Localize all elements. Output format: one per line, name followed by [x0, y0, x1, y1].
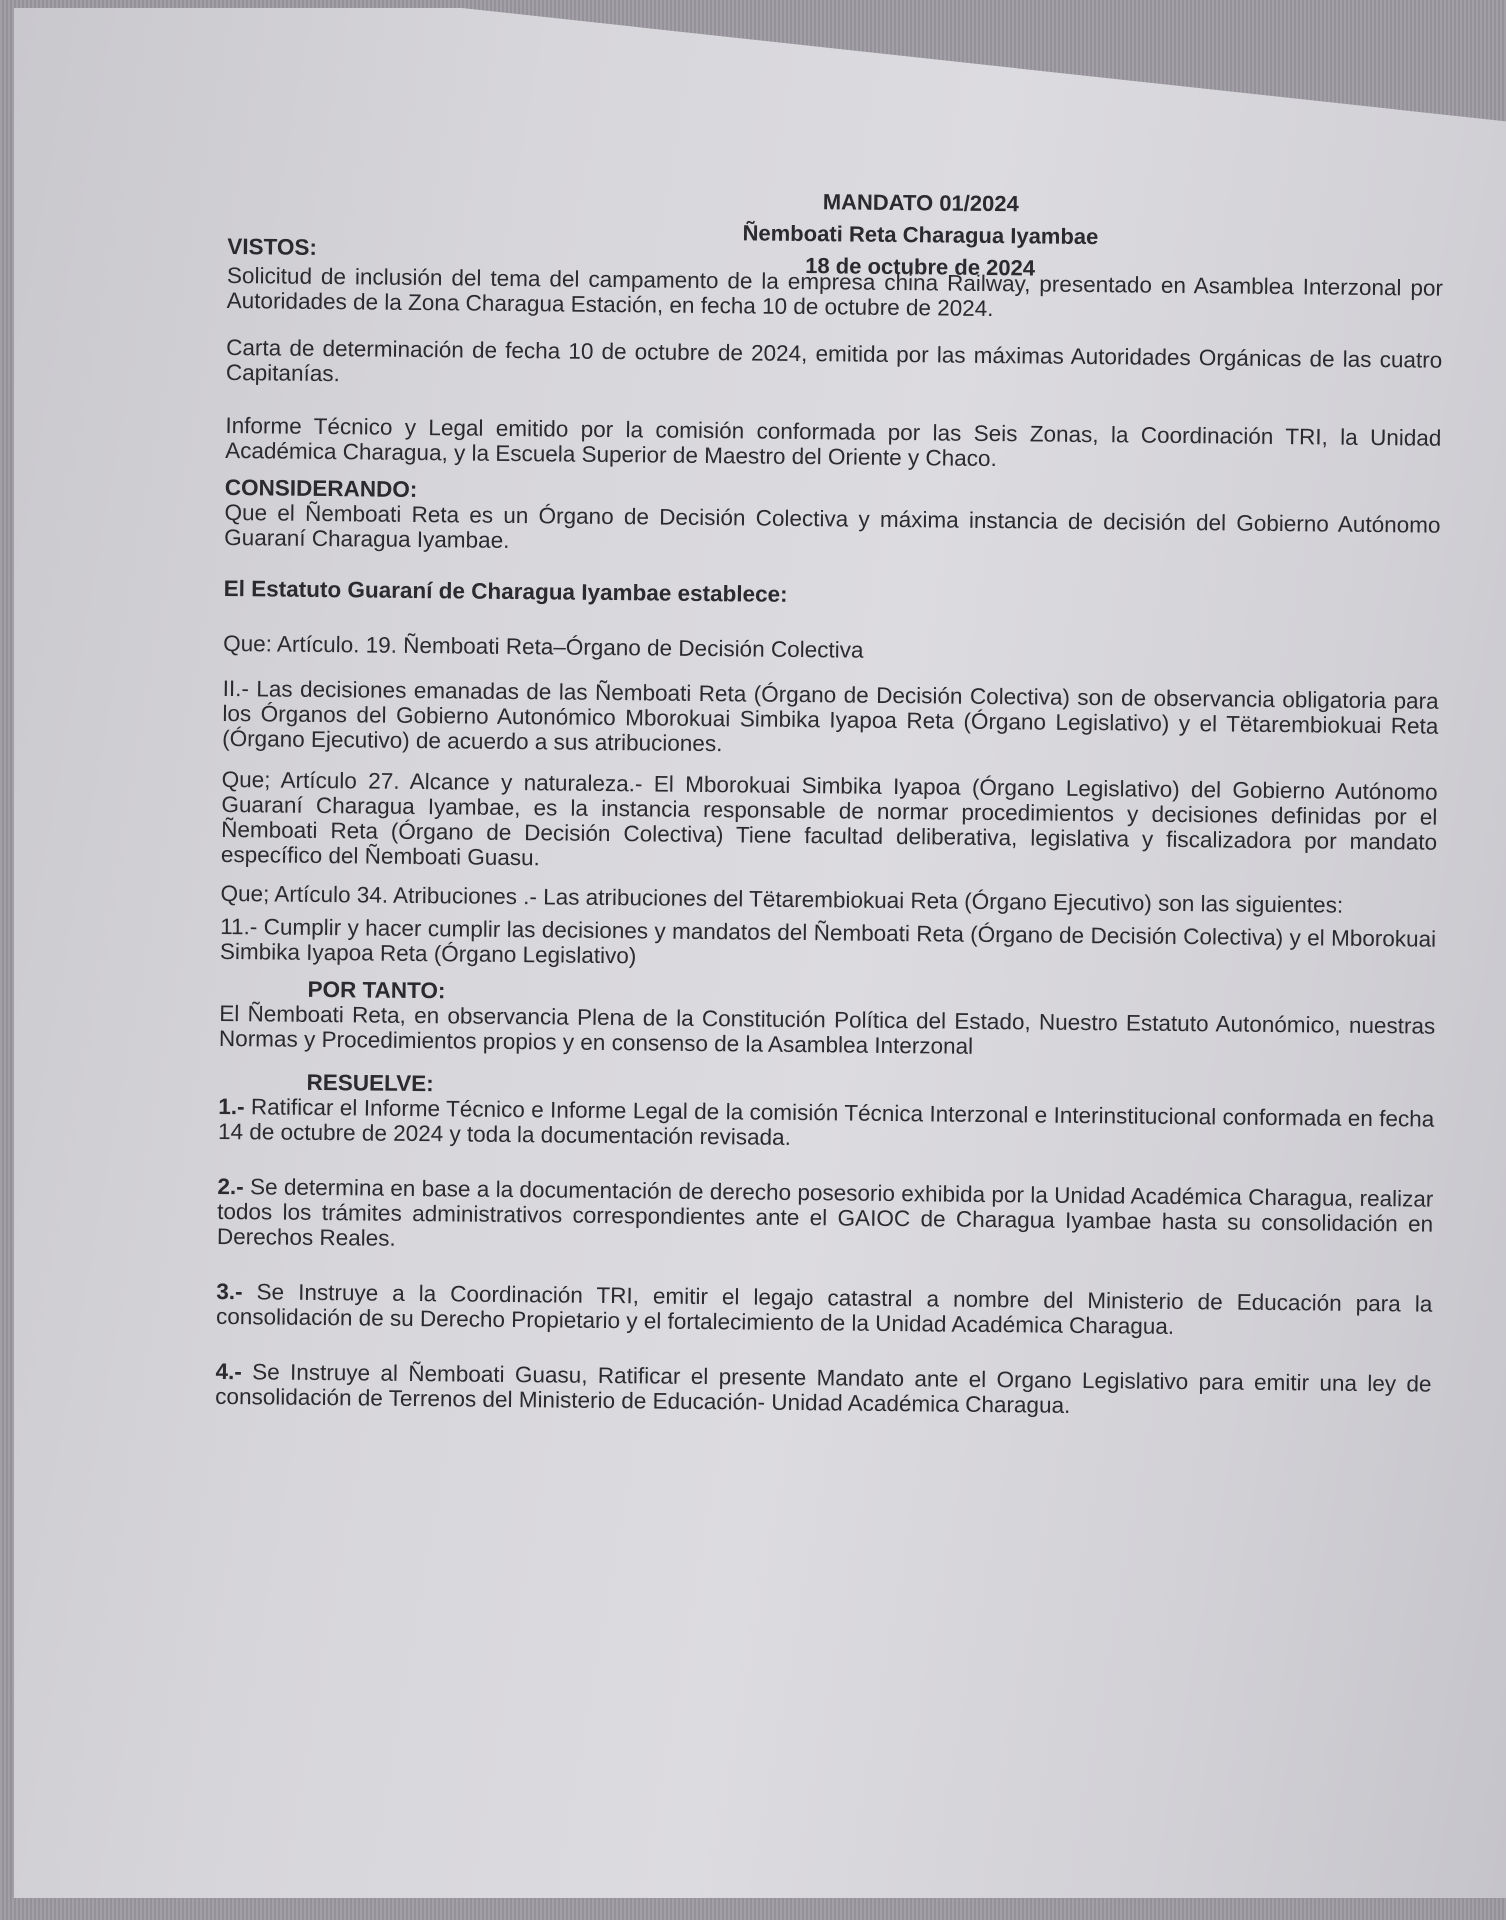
document-page: MANDATO 01/2024 Ñemboati Reta Charagua I… — [14, 8, 1506, 1898]
article-27: Que; Artículo 27. Alcance y naturaleza.-… — [221, 767, 1438, 880]
resolution-text: Se Instruye a la Coordinación TRI, emiti… — [216, 1279, 1432, 1339]
resolution-item: 4.- Se Instruye al Ñemboati Guasu, Ratif… — [215, 1359, 1431, 1422]
resolution-number: 1.- — [218, 1094, 245, 1119]
resolution-item: 3.- Se Instruye a la Coordinación TRI, e… — [216, 1279, 1432, 1342]
article-19-ii: II.- Las decisiones emanadas de las Ñemb… — [222, 676, 1439, 764]
resolution-number: 2.- — [217, 1174, 244, 1199]
resolution-item: 2.- Se determina en base a la documentac… — [217, 1174, 1434, 1262]
vistos-paragraph: Informe Técnico y Legal emitido por la c… — [225, 413, 1441, 476]
statute-heading: El Estatuto Guaraní de Charagua Iyambae … — [224, 576, 1440, 614]
document-content: MANDATO 01/2024 Ñemboati Reta Charagua I… — [215, 180, 1444, 1444]
article-19: Que: Artículo. 19. Ñemboati Reta–Órgano … — [223, 631, 1439, 669]
resolution-text: Se Instruye al Ñemboati Guasu, Ratificar… — [215, 1359, 1431, 1418]
resolution-text: Se determina en base a la documentación … — [217, 1174, 1434, 1251]
article-34: Que; Artículo 34. Atribuciones .- Las at… — [220, 881, 1436, 919]
resolution-number: 3.- — [216, 1279, 243, 1304]
vistos-paragraph: Carta de determinación de fecha 10 de oc… — [226, 335, 1442, 398]
resolution-number: 4.- — [215, 1359, 242, 1384]
article-34-item-11: 11.- Cumplir y hacer cumplir las decisio… — [220, 914, 1436, 977]
